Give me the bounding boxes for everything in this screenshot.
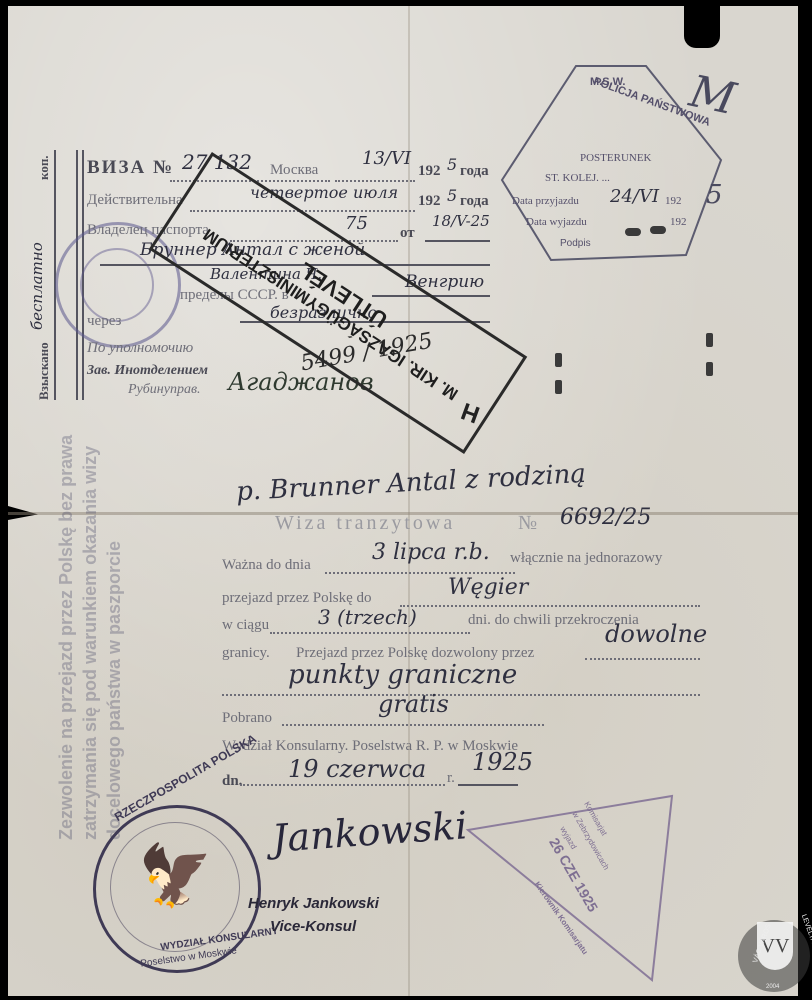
side-collected-value: бесплатно <box>28 242 46 330</box>
holder-passport: 75 <box>345 213 368 234</box>
entry-date-label: Data przyjazdu <box>512 195 579 207</box>
entry-date-value: 24/VI <box>610 186 659 207</box>
consul-title: Vice-Konsul <box>270 918 356 935</box>
authority-line1: По уполномочию <box>87 340 193 357</box>
police-stamp-footer: Podpis <box>560 238 591 249</box>
authority-line3: Рубинуправ. <box>128 382 201 398</box>
issue-year: 1925 <box>472 748 533 776</box>
rule-line <box>458 784 518 786</box>
dotted-line <box>222 694 700 696</box>
exit-year: 192 <box>670 216 687 228</box>
fee-value: gratis <box>378 690 449 718</box>
dotted-line <box>400 605 700 607</box>
exit-stamp-border <box>462 790 682 990</box>
eagle-emblem-icon: 🦅 <box>138 840 213 911</box>
transit-to-value: Węgier <box>448 575 528 600</box>
bleedthrough-text: docelowego państwa w paszporcie <box>104 541 125 840</box>
authority-line2: Зав. Инотделением <box>87 363 208 379</box>
issue-date: 19 czerwca <box>288 755 426 783</box>
police-scribble-5: 5 <box>706 180 723 210</box>
visa-date: 13/VI <box>362 148 411 169</box>
dotted-line <box>270 632 470 634</box>
valid-year-suffix: 5 <box>447 186 457 205</box>
dotted-line <box>282 724 544 726</box>
within-label: w ciągu <box>222 617 269 634</box>
dotted-line <box>585 658 700 660</box>
from-label: от <box>400 225 415 242</box>
crossing-value2: punkty graniczne <box>288 660 517 690</box>
dotted-line <box>325 572 515 574</box>
staple-hole <box>650 226 666 234</box>
dotted-line <box>335 180 415 182</box>
staple-hole <box>555 353 562 367</box>
transit-number: 6692/25 <box>560 505 651 530</box>
entry-year: 192 <box>665 195 682 207</box>
crossing-value: dowolne <box>605 620 707 648</box>
fee-label: Pobrano <box>222 710 272 727</box>
year-prefix: r. <box>447 770 455 787</box>
via-label: через <box>87 313 121 330</box>
year-word: года <box>460 163 489 180</box>
consul-name: Henryk Jankowski <box>248 895 379 912</box>
transit-number-label: № <box>518 512 537 535</box>
valid-until-label: Ważna do dnia <box>222 557 311 574</box>
transit-visa-title: Wiza tranzytowa <box>275 512 455 535</box>
valid-label: Действительна <box>87 192 183 209</box>
police-stamp-line4: ST. KOLEJ. ... <box>545 172 610 184</box>
valid-until-suffix: włącznie na jednorazowy <box>510 550 662 567</box>
valid-until-value: 3 lipca r.b. <box>372 540 490 565</box>
police-stamp-line3: POSTERUNEK <box>580 152 652 164</box>
rule-line <box>425 240 490 242</box>
staple-hole <box>625 228 641 236</box>
exit-date-label: Data wyjazdu <box>526 216 587 228</box>
dotted-line <box>240 784 445 786</box>
year-word: года <box>460 193 489 210</box>
visa-city: Москва <box>270 162 318 179</box>
passport-date: 18/V-25 <box>432 212 490 230</box>
visa-title: ВИЗА № <box>87 157 174 179</box>
torn-notch <box>684 6 720 48</box>
valid-year: 192 <box>418 193 441 210</box>
within-value: 3 (trzech) <box>318 605 417 629</box>
border-label: granicy. <box>222 645 270 662</box>
archive-logo-year: 2004 <box>766 984 779 990</box>
staple-hole <box>706 333 713 347</box>
visa-year-suffix: 5 <box>447 155 457 174</box>
bleedthrough-text: Zezwolenie na przejazd przez Polskę bez … <box>56 435 77 840</box>
visa-year: 192 <box>418 163 441 180</box>
date-prefix: dn. <box>222 773 242 790</box>
staple-hole <box>555 380 562 394</box>
bleedthrough-text: zatrzymania się pod warunkiem okazania w… <box>80 446 101 840</box>
staple-hole <box>706 362 713 376</box>
side-unit: коп. <box>36 155 52 180</box>
side-collected-label: Взыскано <box>36 342 52 400</box>
